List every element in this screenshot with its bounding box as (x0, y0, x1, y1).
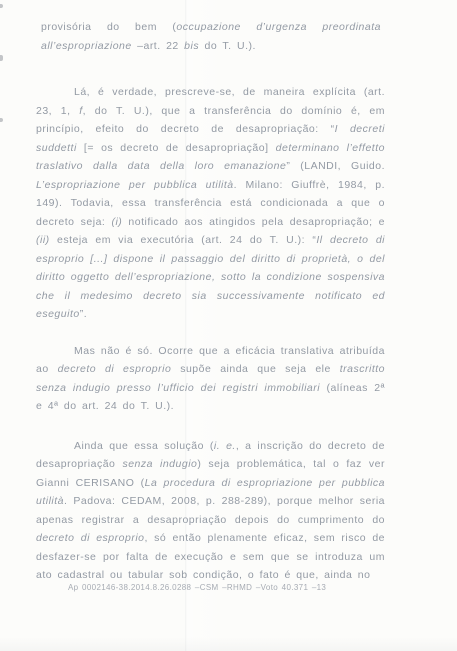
text-run: , do T. U.), que a transferência do domí… (36, 105, 385, 136)
text-run: [= os decreto de desapropriação] (77, 142, 276, 154)
text-run: L’espropriazione per pubblica utilità (36, 179, 234, 191)
text-run: decreto di esproprio (36, 532, 145, 544)
paragraph-4: Ainda que essa solução (i. e., a inscriç… (36, 437, 385, 585)
text-run: bis (184, 40, 199, 52)
document-page: provisória do bem (occupazione d’urgenza… (0, 0, 457, 651)
text-run: Il decreto di esproprio [...] dispone il… (36, 234, 385, 320)
text-run: (i) (111, 216, 122, 228)
document-body: provisória do bem (occupazione d’urgenza… (36, 18, 385, 606)
page-footer-reference: Ap 0002146-38.2014.8.26.0288 –CSM –RHMD … (68, 583, 326, 592)
scan-edge-speck (0, 55, 3, 61)
text-run: do T. U.). (199, 40, 256, 52)
text-run: provisória do bem ( (41, 21, 176, 33)
text-run: –art. 22 (132, 40, 184, 52)
text-run: (ii) (36, 234, 50, 246)
text-run: i. e. (214, 440, 236, 452)
text-run: . Padova: CEDAM, 2008, p. 288-289), porq… (36, 495, 385, 526)
paragraph-1: provisória do bem (occupazione d’urgenza… (41, 18, 381, 55)
text-run: notificado aos atingidos pela desapropri… (122, 216, 385, 228)
text-run: decreto di esproprio (58, 363, 172, 375)
text-run: Ainda que essa solução ( (74, 440, 214, 452)
text-run: esteja em via executória (art. 24 do T. … (50, 234, 317, 246)
paragraph-2: Lá, é verdade, prescreve-se, de maneira … (36, 83, 385, 324)
text-run: senza indugio (122, 458, 197, 470)
text-run: supõe ainda que seja ele (171, 363, 339, 375)
scan-edge-speck (0, 118, 3, 122)
text-run: ”. (80, 308, 87, 320)
paragraph-3: Mas não é só. Ocorre que a eficácia tran… (36, 342, 385, 416)
scan-bottom-shade (0, 637, 457, 651)
scan-edge-speck (0, 4, 3, 8)
text-run: ” (LANDI, Guido. (286, 160, 385, 172)
